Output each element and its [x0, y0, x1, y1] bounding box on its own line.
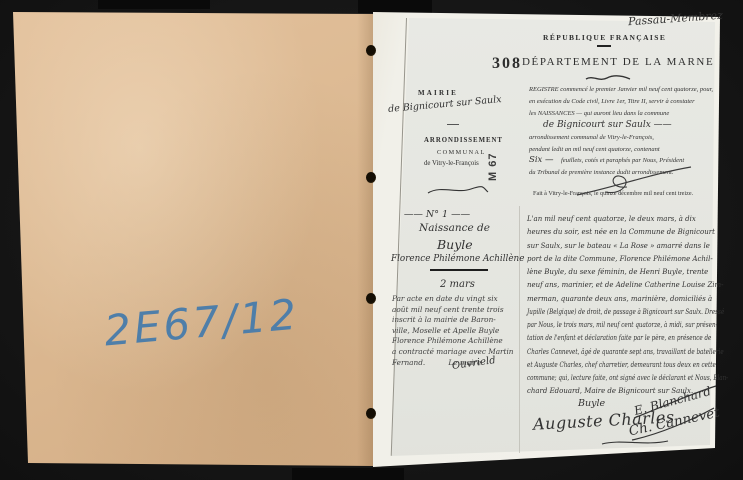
intro-line: en exécution du Code civil, Livre 1er, T…	[529, 96, 721, 108]
act-line: par Nous, le trois mars, mil neuf cent q…	[527, 318, 678, 331]
small-dash	[447, 124, 459, 125]
departement-heading: DÉPARTEMENT DE LA MARNE	[522, 56, 712, 68]
intro-line: REGISTRE commencé le premier Janvier mil…	[529, 84, 721, 96]
scanner-background-tab	[98, 0, 210, 9]
intro-line: pendant ledit an mil neuf cent quatorze,…	[529, 144, 721, 156]
act-line: et Auguste Charles, chef charretier, dem…	[527, 358, 678, 371]
scanner-background-tab	[292, 468, 404, 480]
vertical-stamp: M 67	[487, 129, 499, 181]
signature-flourish-icon	[575, 165, 695, 199]
act-body: L'an mil neuf cent quatorze, le deux mar…	[527, 212, 721, 398]
act-line: sur Saulx, sur le bateau « La Rose » ama…	[527, 239, 707, 252]
entry-surname: Buyle	[437, 237, 473, 252]
intro-commune-handwritten: de Bignicourt sur Saulx ——	[529, 120, 721, 132]
arrondissement-commune-label: de Vitry-le-François	[424, 160, 479, 167]
binding-hole	[366, 45, 376, 56]
mention-line: ville, Moselle et Apelle Buyle	[392, 326, 524, 337]
act-line: L'an mil neuf cent quatorze, le deux mar…	[527, 212, 707, 225]
act-line: neuf ans, marinier, et de Adeline Cather…	[527, 278, 707, 291]
feuillets-count-handwritten: Six —	[529, 155, 555, 167]
act-line: merman, quarante deux ans, marinière, do…	[527, 292, 707, 305]
act-line: Charles Cannevet, âgé de quarante sept a…	[527, 345, 678, 358]
binding-hole	[366, 172, 376, 183]
scanned-register-photo: 2E67/12 Passau-Membrez RÉPUBLIQUE FRANÇA…	[0, 0, 743, 480]
brace-flourish-icon	[427, 185, 489, 195]
binding-hole	[366, 293, 376, 304]
act-line: port de la dite Commune, Florence Philém…	[527, 252, 707, 265]
act-line: commune; qui, lecture faite, ont signé a…	[527, 371, 678, 384]
signature-flourish-icon	[630, 384, 720, 444]
act-line: tation de l'enfant et déclaration faite …	[527, 331, 678, 344]
mention-line: août mil neuf cent trente trois	[392, 305, 524, 316]
underline-bar	[430, 269, 488, 271]
scanner-background-tab	[358, 0, 432, 13]
entry-given-names: Florence Philémone Achillène	[391, 254, 524, 264]
signature-buyle: Buyle	[578, 398, 605, 409]
entry-title: Naissance de	[419, 222, 490, 234]
intro-line: les NAISSANCES — qui auront lieu dans la…	[529, 108, 721, 120]
act-line: heures du soir, est née en la Commune de…	[527, 225, 707, 238]
divider-line	[597, 45, 611, 47]
squiggle-divider-icon	[585, 74, 631, 83]
republique-heading: RÉPUBLIQUE FRANÇAISE	[543, 33, 663, 42]
marginal-mention: Par acte en date du vingt six août mil n…	[392, 294, 524, 368]
communal-label: COMMUNAL	[437, 149, 486, 156]
mention-line: Par acte en date du vingt six	[392, 294, 524, 305]
act-entry-number: —— N° 1 ——	[389, 209, 485, 220]
entry-date: 2 mars	[440, 279, 475, 290]
intro-line: arrondissement communal de Vitry-le-Fran…	[529, 132, 721, 144]
mention-line: inscrit à la mairie de Baron-	[392, 315, 524, 326]
mairie-label: MAIRIE	[418, 89, 458, 97]
mention-line: Florence Philémone Achillène	[392, 336, 524, 347]
act-number: 308	[492, 55, 522, 73]
act-line: Jupille (Belgique) de droit, de passage …	[527, 305, 678, 318]
mention-line: a contracté mariage avec Martin	[392, 347, 524, 358]
register-cover	[13, 11, 375, 466]
binding-hole	[366, 408, 376, 419]
act-line: lène Buyle, du sexe féminin, de Henri Bu…	[527, 265, 707, 278]
